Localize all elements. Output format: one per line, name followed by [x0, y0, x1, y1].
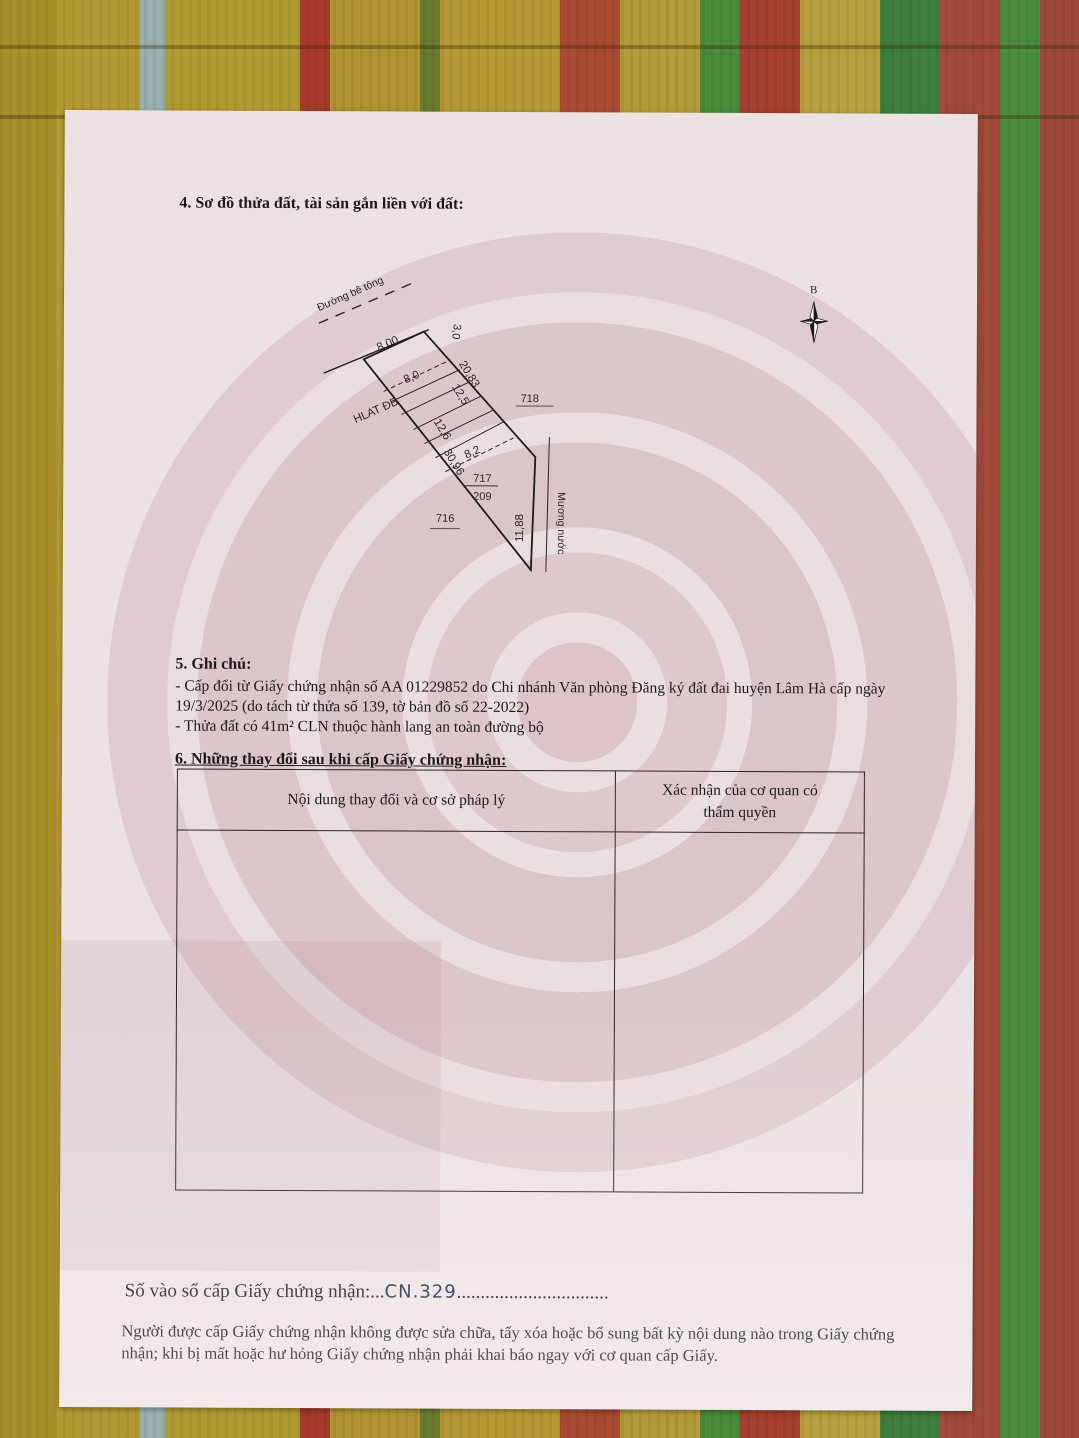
corridor-label: HLAT ĐB — [352, 396, 401, 426]
canal-label: Mương nước — [555, 492, 567, 554]
dim-inner-back: 8,2 — [463, 444, 482, 461]
registry-number-line: Số vào sổ cấp Giấy chứng nhận:...CN.329.… — [125, 1280, 609, 1304]
authority-confirmation-cell — [614, 832, 865, 1193]
registry-number-handwritten: CN.329 — [385, 1281, 457, 1302]
neighbor-north: 718 — [521, 393, 539, 405]
road-label: Đường bê tông — [315, 274, 385, 314]
section-5-title: 5. Ghi chú: — [175, 656, 251, 674]
road-width-label: 3,0 — [449, 323, 463, 340]
column-header-authority-confirmation: Xác nhận của cơ quan có thẩm quyền — [615, 771, 864, 833]
land-plot-diagram: Đường bê tông 3,0 8,00 8,0 20,83 12,5 — [283, 271, 884, 594]
dim-inner-front: 8,0 — [402, 369, 421, 386]
dim-strip-a: 12,5 — [449, 382, 471, 407]
registry-label: Số vào sổ cấp Giấy chứng nhận: — [125, 1280, 371, 1302]
north-label: B — [810, 284, 817, 296]
neighbor-south: 716 — [436, 513, 454, 525]
change-content-cell — [176, 830, 616, 1192]
parcel-area: 209 — [473, 491, 491, 503]
canal-line — [546, 437, 550, 572]
notes-block: - Cấp đổi từ Giấy chứng nhận số AA 01229… — [175, 677, 895, 740]
column-header-change-content: Nội dung thay đổi và cơ sở pháp lý — [177, 769, 615, 832]
holder-warning: Người được cấp Giấy chứng nhận không đượ… — [121, 1320, 911, 1367]
dim-back: 11,88 — [514, 514, 526, 542]
section-6-title: 6. Những thay đổi sau khi cấp Giấy chứng… — [175, 751, 506, 770]
north-compass-icon — [800, 301, 828, 343]
note-item: - Thửa đất có 41m² CLN thuộc hành lang a… — [175, 717, 895, 740]
section-4-title: 4. Sơ đồ thửa đất, tài sản gắn liền với … — [179, 195, 463, 214]
certificate-page: 4. Sơ đồ thửa đất, tài sản gắn liền với … — [59, 110, 978, 1411]
front-boundary — [324, 329, 429, 373]
dim-front: 8,00 — [375, 334, 400, 354]
mat-stitch — [0, 45, 1079, 49]
changes-table: Nội dung thay đổi và cơ sở pháp lý Xác n… — [175, 769, 865, 1194]
parcel-number: 717 — [473, 473, 491, 485]
note-item: - Cấp đổi từ Giấy chứng nhận số AA 01229… — [175, 677, 895, 720]
